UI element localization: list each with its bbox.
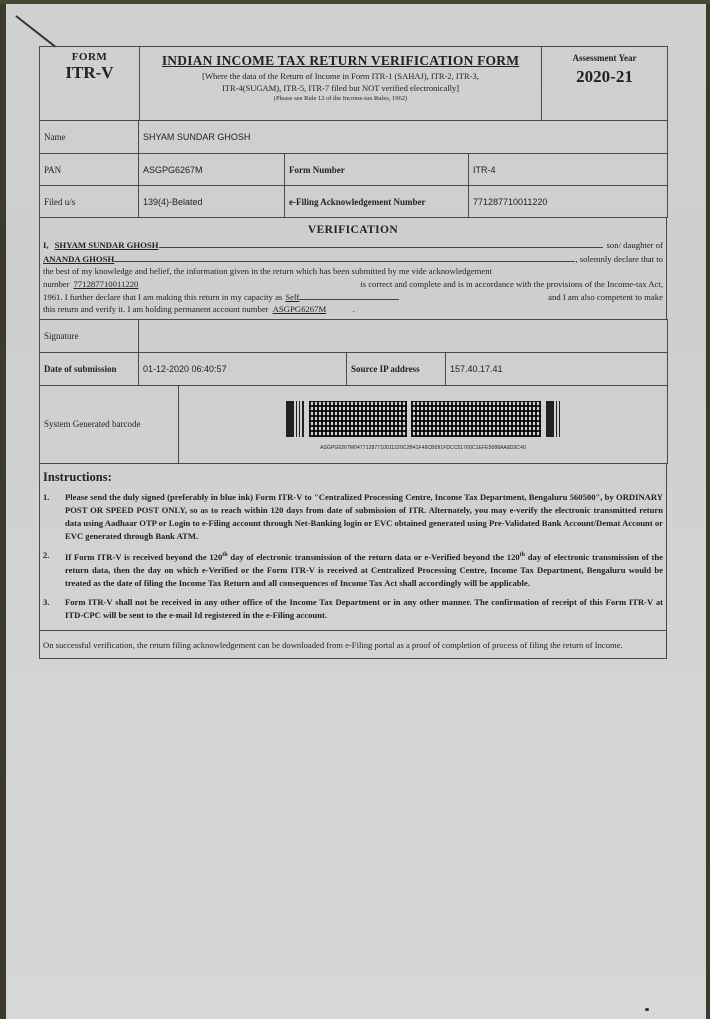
barcode-cell: ASGPG6267M04771287710011220C2B41F49CB091… xyxy=(179,385,668,463)
verification-title: VERIFICATION xyxy=(43,218,663,238)
signature-field xyxy=(139,319,668,352)
verification-relation: son/ daughter of xyxy=(607,239,663,251)
instructions-section: Instructions: 1. Please send the duly si… xyxy=(39,464,667,631)
form-label: FORM xyxy=(44,51,135,63)
verification-line-4: number 771287710011220 is correct and co… xyxy=(43,278,663,290)
barcode-table: System Generated barcode ASGPG6267M04771… xyxy=(39,385,668,464)
barcode-label: System Generated barcode xyxy=(40,385,179,463)
form-rule-note: (Please see Rule 12 of the Income-tax Ru… xyxy=(144,95,537,102)
form-header-table: FORM ITR-V INDIAN INCOME TAX RETURN VERI… xyxy=(39,46,668,121)
barcode-icon xyxy=(286,401,560,437)
verification-parent-name: ANANDA GHOSH xyxy=(43,253,114,265)
form-subtitle-2: ITR-4(SUGAM), ITR-5, ITR-7 filed but NOT… xyxy=(144,81,537,95)
form-number-label: Form Number xyxy=(285,154,469,186)
pan-value: ASGPG6267M xyxy=(139,154,285,186)
verification-pan: ASGPG6267M xyxy=(273,303,353,315)
date-of-submission-value: 01-12-2020 06:40:57 xyxy=(139,352,347,385)
verification-line-6: this return and verify it. I am holding … xyxy=(43,303,663,315)
closing-note: On successful verification, the return f… xyxy=(39,631,667,659)
verification-section: VERIFICATION I, SHYAM SUNDAR GHOSH son/ … xyxy=(39,218,667,319)
verification-person-name: SHYAM SUNDAR GHOSH xyxy=(55,239,159,251)
assessment-year-value: 2020-21 xyxy=(546,67,663,87)
instruction-item: 2. If Form ITR-V is received beyond the … xyxy=(43,549,663,590)
assessment-year-cell: Assessment Year 2020-21 xyxy=(542,47,668,121)
taxpayer-details-table: Name SHYAM SUNDAR GHOSH PAN ASGPG6267M F… xyxy=(39,120,668,218)
barcode-text: ASGPG6267M04771287710011220C2B41F49CB091… xyxy=(183,445,663,451)
assessment-year-label: Assessment Year xyxy=(546,53,663,63)
verification-line-1: I, SHYAM SUNDAR GHOSH son/ daughter of xyxy=(43,238,663,251)
source-ip-label: Source IP address xyxy=(347,352,446,385)
paper-speck xyxy=(645,1008,649,1011)
filed-us-value: 139(4)-Belated xyxy=(139,186,285,218)
name-value: SHYAM SUNDAR GHOSH xyxy=(139,121,668,154)
name-label: Name xyxy=(40,121,139,154)
form-id-cell: FORM ITR-V xyxy=(40,47,140,121)
instructions-list: 1. Please send the duly signed (preferab… xyxy=(43,491,663,622)
form-title: INDIAN INCOME TAX RETURN VERIFICATION FO… xyxy=(144,53,537,69)
form-number-value: ITR-4 xyxy=(469,154,668,186)
instructions-title: Instructions: xyxy=(43,470,663,485)
date-of-submission-label: Date of submission xyxy=(40,352,139,385)
form-code: ITR-V xyxy=(44,63,135,83)
ack-number-label: e-Filing Acknowledgement Number xyxy=(285,186,469,218)
ack-number-value: 771287710011220 xyxy=(469,186,668,218)
signature-label: Signature xyxy=(40,319,139,352)
pan-label: PAN xyxy=(40,154,139,186)
source-ip-value: 157.40.17.41 xyxy=(446,352,668,385)
filed-us-label: Filed u/s xyxy=(40,186,139,218)
instruction-item: 3. Form ITR-V shall not be received in a… xyxy=(43,596,663,622)
itr-v-form: FORM ITR-V INDIAN INCOME TAX RETURN VERI… xyxy=(39,46,667,659)
verification-line-3: the best of my knowledge and belief, the… xyxy=(43,265,663,277)
verification-capacity: Self xyxy=(285,291,299,303)
verification-ack-number: 771287710011220 xyxy=(74,278,199,290)
verification-line-5: 1961. I further declare that I am making… xyxy=(43,290,663,303)
form-title-cell: INDIAN INCOME TAX RETURN VERIFICATION FO… xyxy=(140,47,542,121)
verification-line-2: ANANDA GHOSH , solemnly declare that to xyxy=(43,252,663,265)
instruction-item: 1. Please send the duly signed (preferab… xyxy=(43,491,663,543)
submission-table: Signature Date of submission 01-12-2020 … xyxy=(39,319,668,386)
